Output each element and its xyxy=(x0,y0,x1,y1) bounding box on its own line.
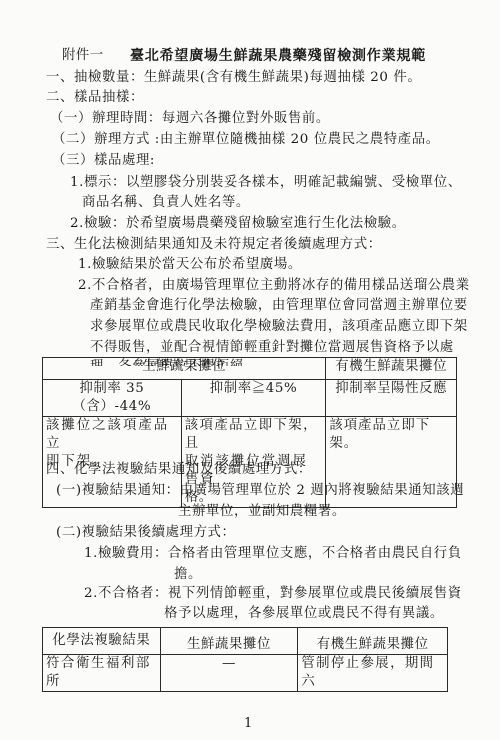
sub-rate-35-44: 抑制率 35（含）-44% xyxy=(43,380,182,417)
section-4-item-1-cont: 主辦單位，並副知農糧署。 xyxy=(178,503,346,521)
section-3-item-2-cont-1: 產銷基金會進行化學法檢驗，由管理單位會同當週主辦單位要 xyxy=(90,297,468,315)
header-fresh-stall-2: 生鮮蔬果攤位 xyxy=(160,628,298,655)
section-4-item-2: (二)複驗結果後續處理方式： xyxy=(56,524,236,542)
section-4-item-2-1-cont: 擔。 xyxy=(174,566,202,584)
section-3-heading: 三、生化法檢測結果通知及未符規定者後續處理方式： xyxy=(46,236,382,254)
section-1: 一、抽檢數量：生鮮蔬果(含有機生鮮蔬果)每週抽樣 20 件。 xyxy=(46,69,421,87)
section-4-item-2-2-cont: 格予以處理，各參展單位或農民不得有異議。 xyxy=(164,605,444,623)
sub-rate-45: 抑制率≧45% xyxy=(181,380,326,417)
section-4-heading: 四、化學法複驗結果通知及後續處理方式： xyxy=(46,461,312,479)
section-2-item-2: （二）辦理方式 :由主辦單位隨機抽樣 20 位農民之農特產品。 xyxy=(52,131,440,149)
section-3-item-1: 1.檢驗結果於當天公布於希望廣場。 xyxy=(78,256,302,274)
section-2-item-3-1: 1.標示：以塑膠袋分別裝妥各樣本，明確記載編號、受檢單位、 xyxy=(70,174,462,192)
attachment-label: 附件一 xyxy=(62,47,104,65)
cell-organic-stall: 管制停止參展，期間六 xyxy=(298,655,448,692)
header-organic-stall-2: 有機生鮮蔬果攤位 xyxy=(298,628,448,655)
sub-rate-positive: 抑制率呈陽性反應 xyxy=(326,380,457,417)
section-4-item-1: (一)複驗結果通知：由廣場管理單位於 2 週內將複驗結果通知該週 xyxy=(56,482,464,500)
document-title: 臺北希望廣場生鮮蔬果農藥殘留檢測作業規範 xyxy=(130,47,426,65)
cell-retest-result: 符合衛生福利部所 xyxy=(43,655,161,692)
section-3-item-2: 2.不合格者，由廣場管理單位主動將冰存的備用樣品送瑠公農業 xyxy=(78,277,470,295)
header-organic-stall: 有機生鮮蔬果攤位 xyxy=(326,358,457,380)
section-2-item-1: （一）辦理時間：每週六各攤位對外販售前。 xyxy=(50,110,330,128)
section-2-item-3-1-cont: 商品名稱、負責人姓名等。 xyxy=(82,194,250,212)
header-retest-result: 化學法複驗結果 xyxy=(43,628,161,655)
page-number: 1 xyxy=(244,716,252,731)
document-page: 附件一 臺北希望廣場生鮮蔬果農藥殘留檢測作業規範 一、抽檢數量：生鮮蔬果(含有機… xyxy=(0,0,500,740)
cell-fresh-stall: — xyxy=(160,655,298,692)
section-2-item-3: （三）樣品處理: xyxy=(52,152,155,170)
section-4-item-2-1: 1.檢驗費用：合格者由管理單位支應，不合格者由農民自行負 xyxy=(84,545,462,563)
header-fresh-stall: 生鮮蔬果攤位 xyxy=(43,358,326,380)
section-3-item-2-cont-2: 求參展單位或農民收取化學檢驗法費用，該項產品應立即下架 xyxy=(90,318,468,336)
section-2-item-3-2: 2.檢驗：於希望廣場農藥殘留檢驗室進行生化法檢驗。 xyxy=(70,215,406,233)
chem-retest-table: 化學法複驗結果 生鮮蔬果攤位 有機生鮮蔬果攤位 符合衛生福利部所 — 管制停止參… xyxy=(42,627,448,692)
section-2-heading: 二、樣品抽樣： xyxy=(46,89,144,107)
section-3-item-2-cont-3: 不得販售，並配合視情節輕重針對攤位當週展售資格予以處 xyxy=(90,339,454,357)
section-4-item-2-2: 2.不合格者：視下列情節輕重，對參展單位或農民後續展售資 xyxy=(84,585,462,603)
